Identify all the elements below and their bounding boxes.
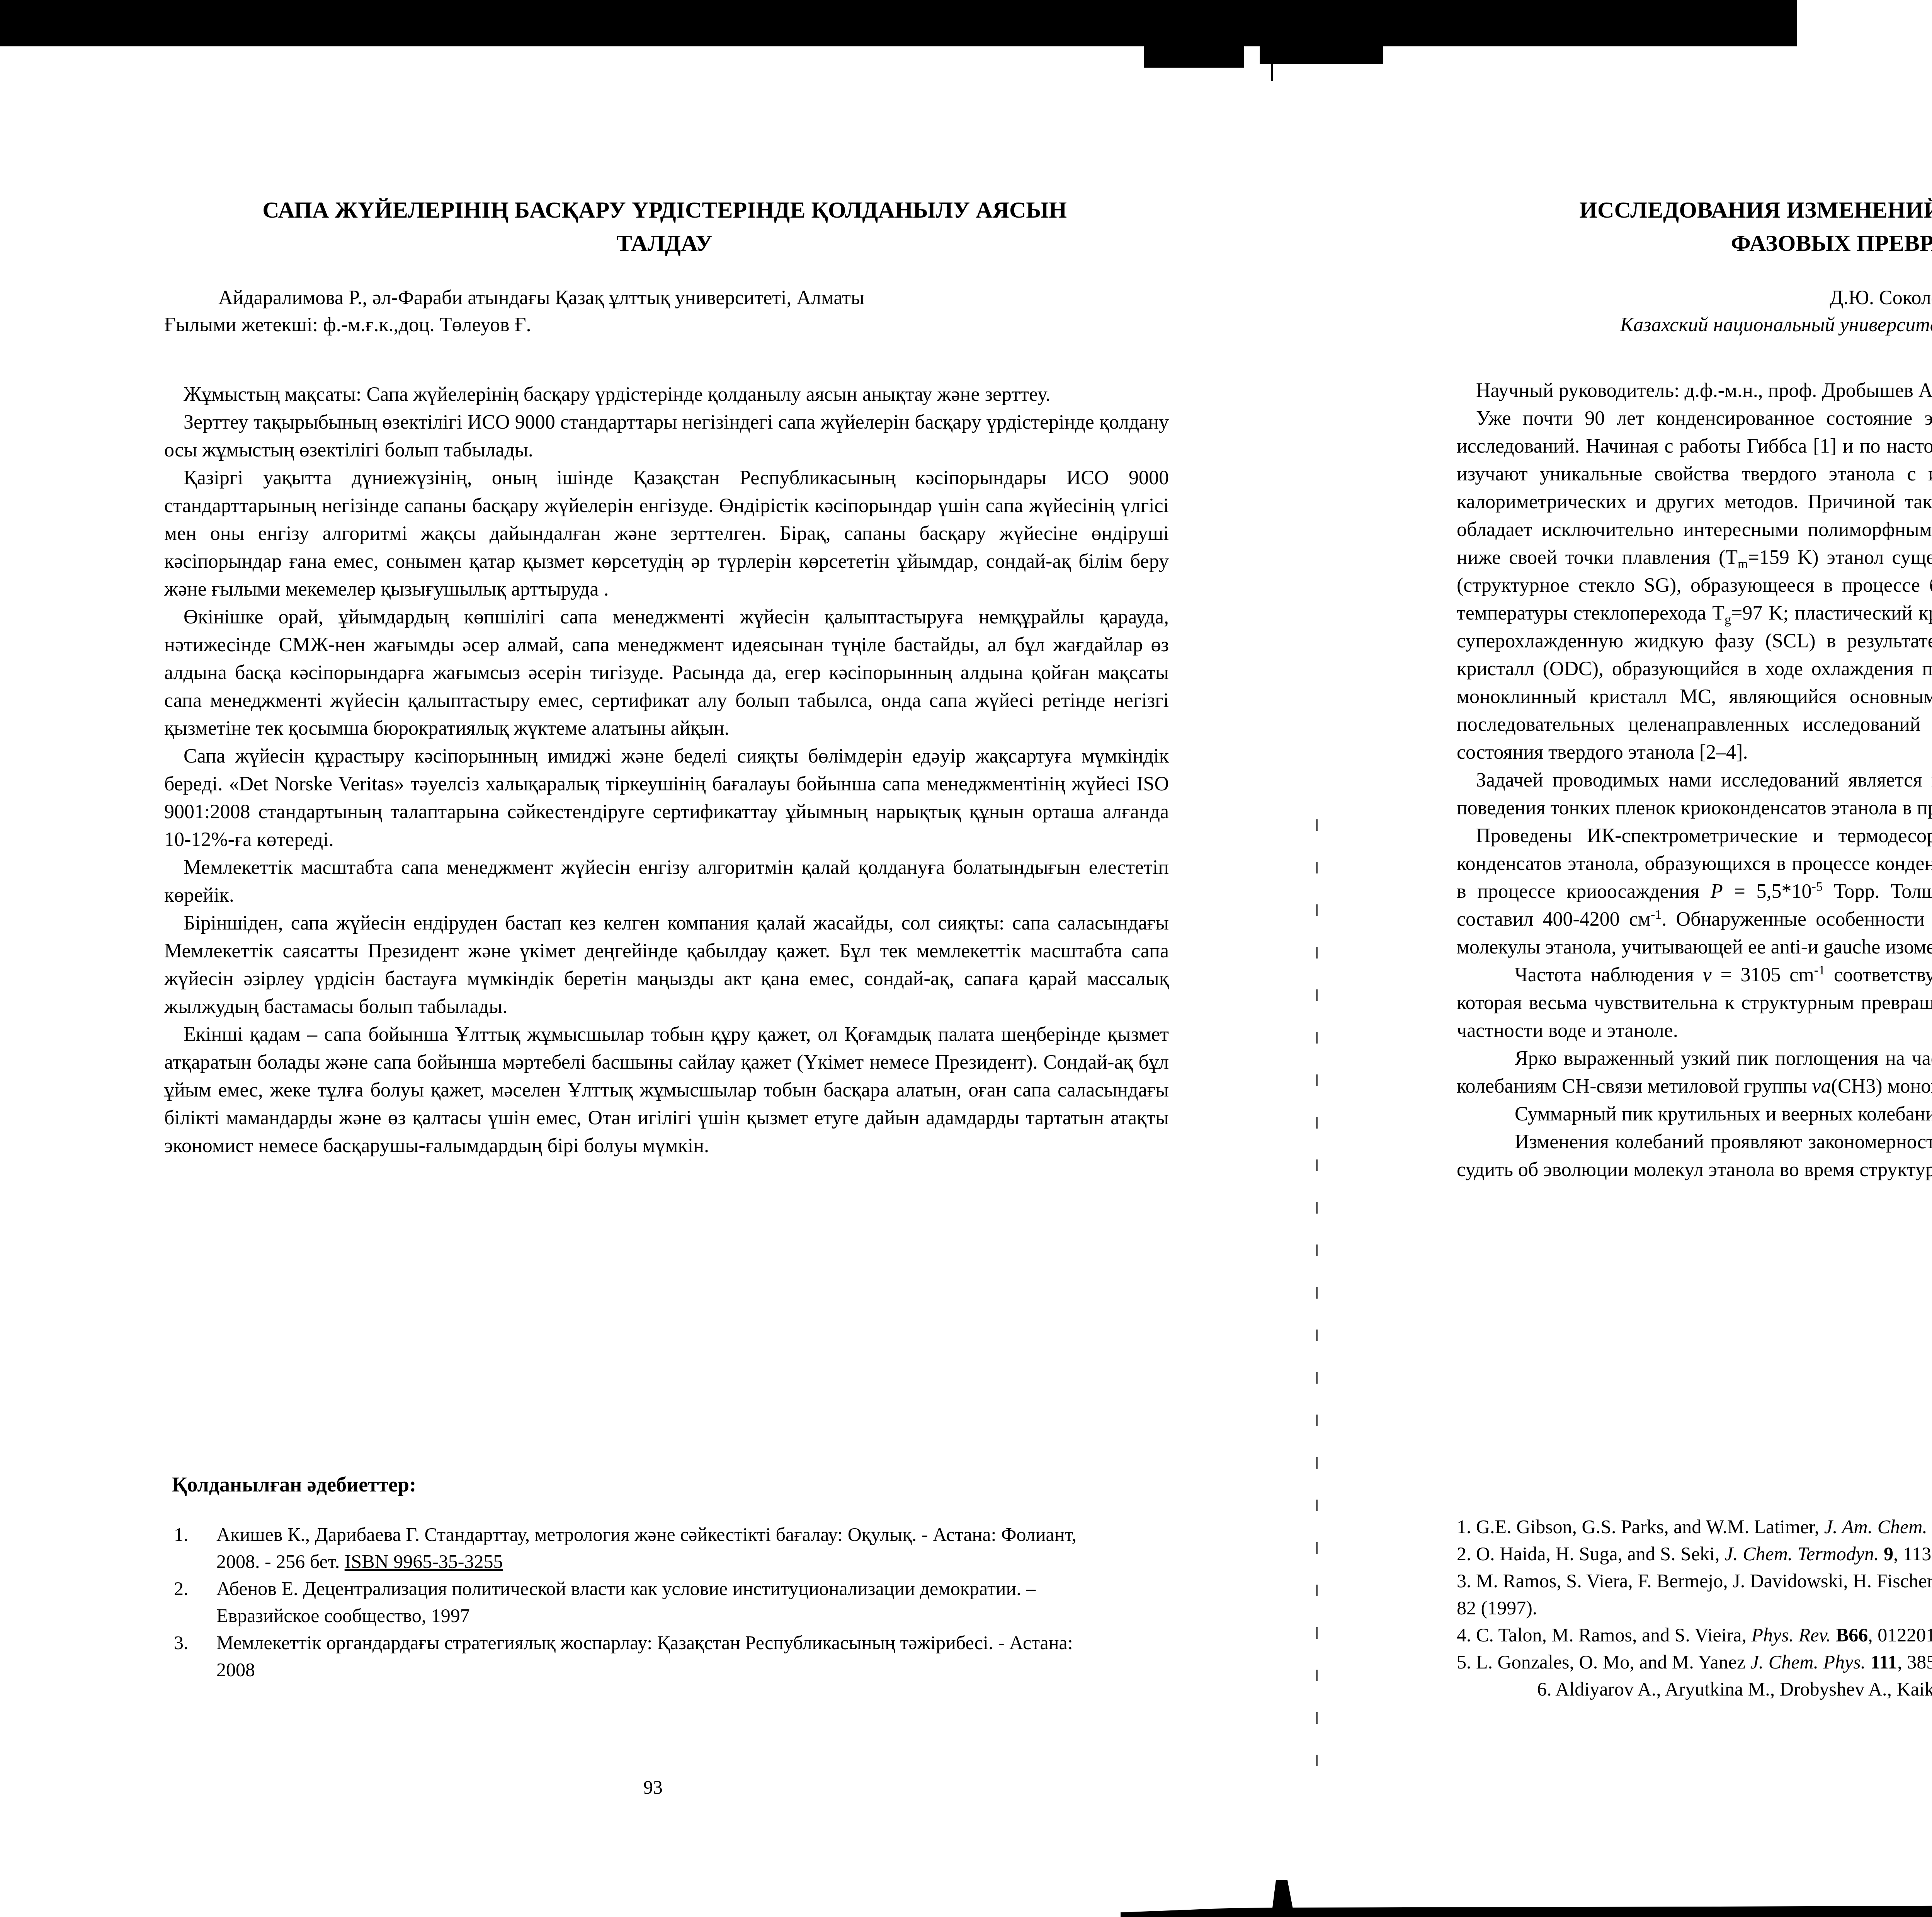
reference-item: 1. Акишев К., Дарибаева Г. Стандарттау, … xyxy=(170,1521,1097,1575)
paragraph: Өкінішке орай, ұйымдардың көпшілігі сапа… xyxy=(164,603,1169,742)
article-title: ИССЛЕДОВАНИЯ ИЗМЕНЕНИЙ КОЛЕБАНИЙ ПРИ СТР… xyxy=(1457,193,1932,260)
reference-item: 3. M. Ramos, S. Viera, F. Bermejo, J. Da… xyxy=(1457,1567,1932,1621)
article-title: САПА ЖҮЙЕЛЕРІНІҢ БАСҚАРУ ҮРДІСТЕРІНДЕ ҚО… xyxy=(155,193,1175,260)
paragraph: Частота наблюдения ν = 3105 cm-1 соответ… xyxy=(1457,961,1932,1045)
title-line-1: САПА ЖҮЙЕЛЕРІНІҢ БАСҚАРУ ҮРДІСТЕРІНДЕ ҚО… xyxy=(262,197,1067,223)
reference-item: 6. Aldiyarov A., Aryutkina M., Drobyshev… xyxy=(1457,1675,1932,1702)
scanner-border-bottom xyxy=(1121,1905,1932,1917)
paragraph: Қазіргі уақытта дүниежүзінің, оның ішінд… xyxy=(164,464,1169,603)
paragraph: Суммарный пик крутильных и веерных колеб… xyxy=(1457,1100,1932,1128)
reference-item: 2. O. Haida, H. Suga, and S. Seki, J. Ch… xyxy=(1457,1540,1932,1567)
isbn-link[interactable]: ISBN 9965-35-3255 xyxy=(345,1551,503,1572)
advisor-line: Научный руководитель: д.ф.-м.н., проф. Д… xyxy=(1457,377,1932,405)
scanner-border-top xyxy=(0,0,1797,46)
paragraph: Проведены ИК-спектрометрические и термод… xyxy=(1457,822,1932,961)
paragraph: Изменения колебаний проявляют закономерн… xyxy=(1457,1128,1932,1184)
title-line-2: ФАЗОВЫХ ПРЕВРАЩЕНИЯХ ЭТАНОЛА xyxy=(1731,230,1932,256)
paragraph: Ярко выраженный узкий пик поглощения на … xyxy=(1457,1045,1932,1100)
author-line: Айдаралимова Р., әл-Фараби атындағы Қаза… xyxy=(218,284,864,312)
paragraph: Біріншіден, сапа жүйесін ендіруден баста… xyxy=(164,909,1169,1021)
paragraph: Сапа жүйесін құрастыру кәсіпорынның имид… xyxy=(164,742,1169,854)
scanner-artifact xyxy=(1271,46,1273,81)
reference-item: 1. G.E. Gibson, G.S. Parks, and W.M. Lat… xyxy=(1457,1513,1932,1540)
references-list: 1. G.E. Gibson, G.S. Parks, and W.M. Lat… xyxy=(1457,1513,1932,1702)
paragraph: Жұмыстың мақсаты: Сапа жүйелерінің басқа… xyxy=(164,381,1169,409)
references-heading: Қолданылған әдебиеттер: xyxy=(172,1473,416,1496)
page-number: 93 xyxy=(643,1776,663,1798)
title-line-2: ТАЛДАУ xyxy=(617,230,713,256)
reference-item: 3. Мемлекеттік органдардағы стратегиялық… xyxy=(170,1629,1097,1683)
title-line-1: ИССЛЕДОВАНИЯ ИЗМЕНЕНИЙ КОЛЕБАНИЙ ПРИ СТР… xyxy=(1579,197,1932,223)
reference-item: 5. L. Gonzales, O. Mo, and M. Yanez J. C… xyxy=(1457,1648,1932,1675)
reference-item: 4. C. Talon, M. Ramos, and S. Vieira, Ph… xyxy=(1457,1621,1932,1648)
page-gutter xyxy=(1316,819,1318,1786)
reference-item: 2. Абенов Е. Децентрализация политическо… xyxy=(170,1575,1097,1629)
paragraph: Мемлекеттік масштабта сапа менеджмент жү… xyxy=(164,854,1169,909)
authors: Д.Ю. Соколов, К.А. Катпаева xyxy=(1457,284,1932,312)
scanner-artifact xyxy=(1260,46,1383,64)
affiliation: Казахский национальный университет им.ал… xyxy=(1457,311,1932,339)
paragraph: Уже почти 90 лет конденсированное состоя… xyxy=(1457,405,1932,766)
paragraph: Екінші қадам – сапа бойынша Ұлттық жұмыс… xyxy=(164,1021,1169,1160)
article-body: Научный руководитель: д.ф.-м.н., проф. Д… xyxy=(1457,377,1932,1184)
paragraph: Зерттеу тақырыбының өзектілігі ИСО 9000 … xyxy=(164,409,1169,464)
scanner-artifact xyxy=(1271,1880,1294,1917)
paragraph: Задачей проводимых нами исследований явл… xyxy=(1457,766,1932,822)
scanner-artifact xyxy=(1144,46,1244,68)
references-list: 1. Акишев К., Дарибаева Г. Стандарттау, … xyxy=(170,1521,1097,1683)
article-body: Жұмыстың мақсаты: Сапа жүйелерінің басқа… xyxy=(164,381,1169,1160)
advisor-line: Ғылыми жетекші: ф.-м.ғ.к.,доц. Төлеуов Ғ… xyxy=(164,311,531,339)
